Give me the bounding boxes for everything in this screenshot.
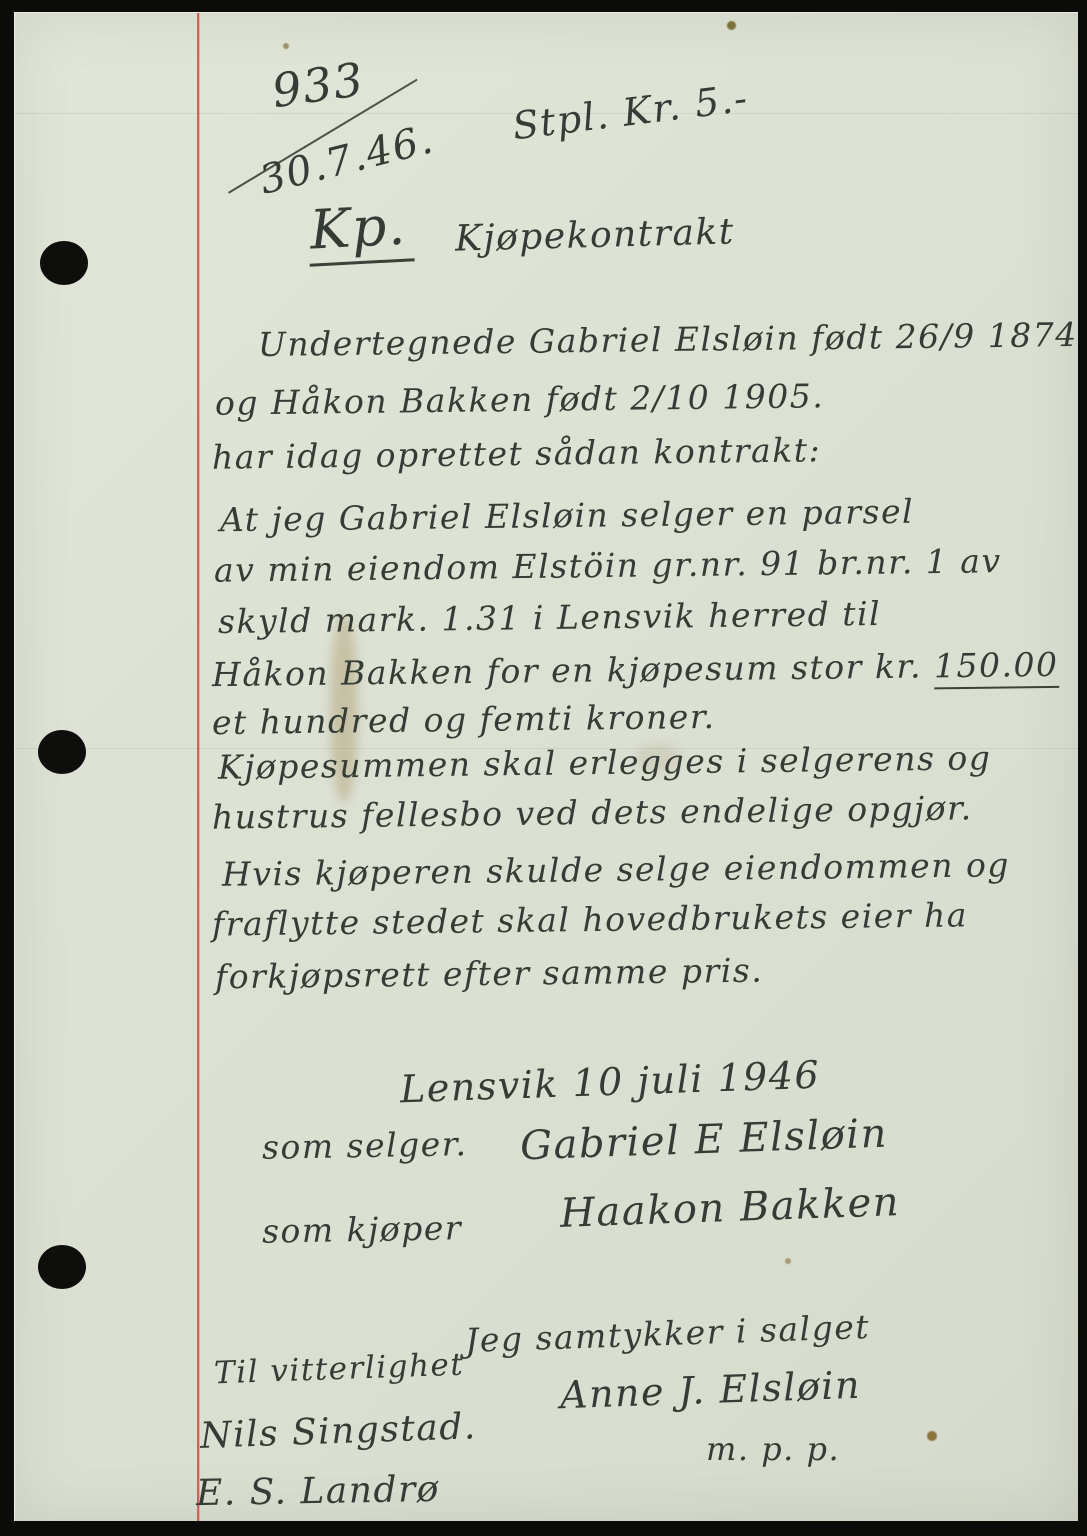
paper-speck (727, 21, 736, 30)
contract-line: At jeg Gabriel Elsløin selger en parsel (220, 494, 914, 539)
witness-signature: E. S. Landrø (196, 1470, 441, 1514)
paper-speck (785, 1258, 791, 1264)
red-margin-line (197, 13, 199, 1521)
buyer-label: som kjøper (262, 1210, 463, 1250)
contract-line: forkjøpsrett efter samme pris. (215, 953, 764, 996)
seller-label: som selger. (262, 1126, 468, 1166)
contract-line: skyld mark. 1.31 i Lensvik herred til (218, 596, 882, 640)
document-title: Kjøpekontrakt (455, 212, 736, 259)
punch-hole (40, 241, 88, 285)
paper-speck (927, 1431, 937, 1441)
price-amount: 150.00 (934, 645, 1059, 690)
journal-number: 933 (269, 54, 367, 117)
contract-line: et hundred og femti kroner. (212, 699, 716, 741)
punch-hole (38, 730, 86, 774)
procuration-note: m. p. p. (706, 1432, 840, 1467)
contract-line: har idag oprettet sådan kontrakt: (212, 432, 822, 476)
doc-type-abbreviation: Kp. (306, 195, 414, 267)
contract-line: og Håkon Bakken født 2/10 1905. (215, 378, 825, 422)
scanned-register-page: { "scan": { "background_color": "#0b0b09… (0, 0, 1087, 1536)
paper-speck (283, 43, 289, 49)
punch-hole (38, 1245, 86, 1289)
